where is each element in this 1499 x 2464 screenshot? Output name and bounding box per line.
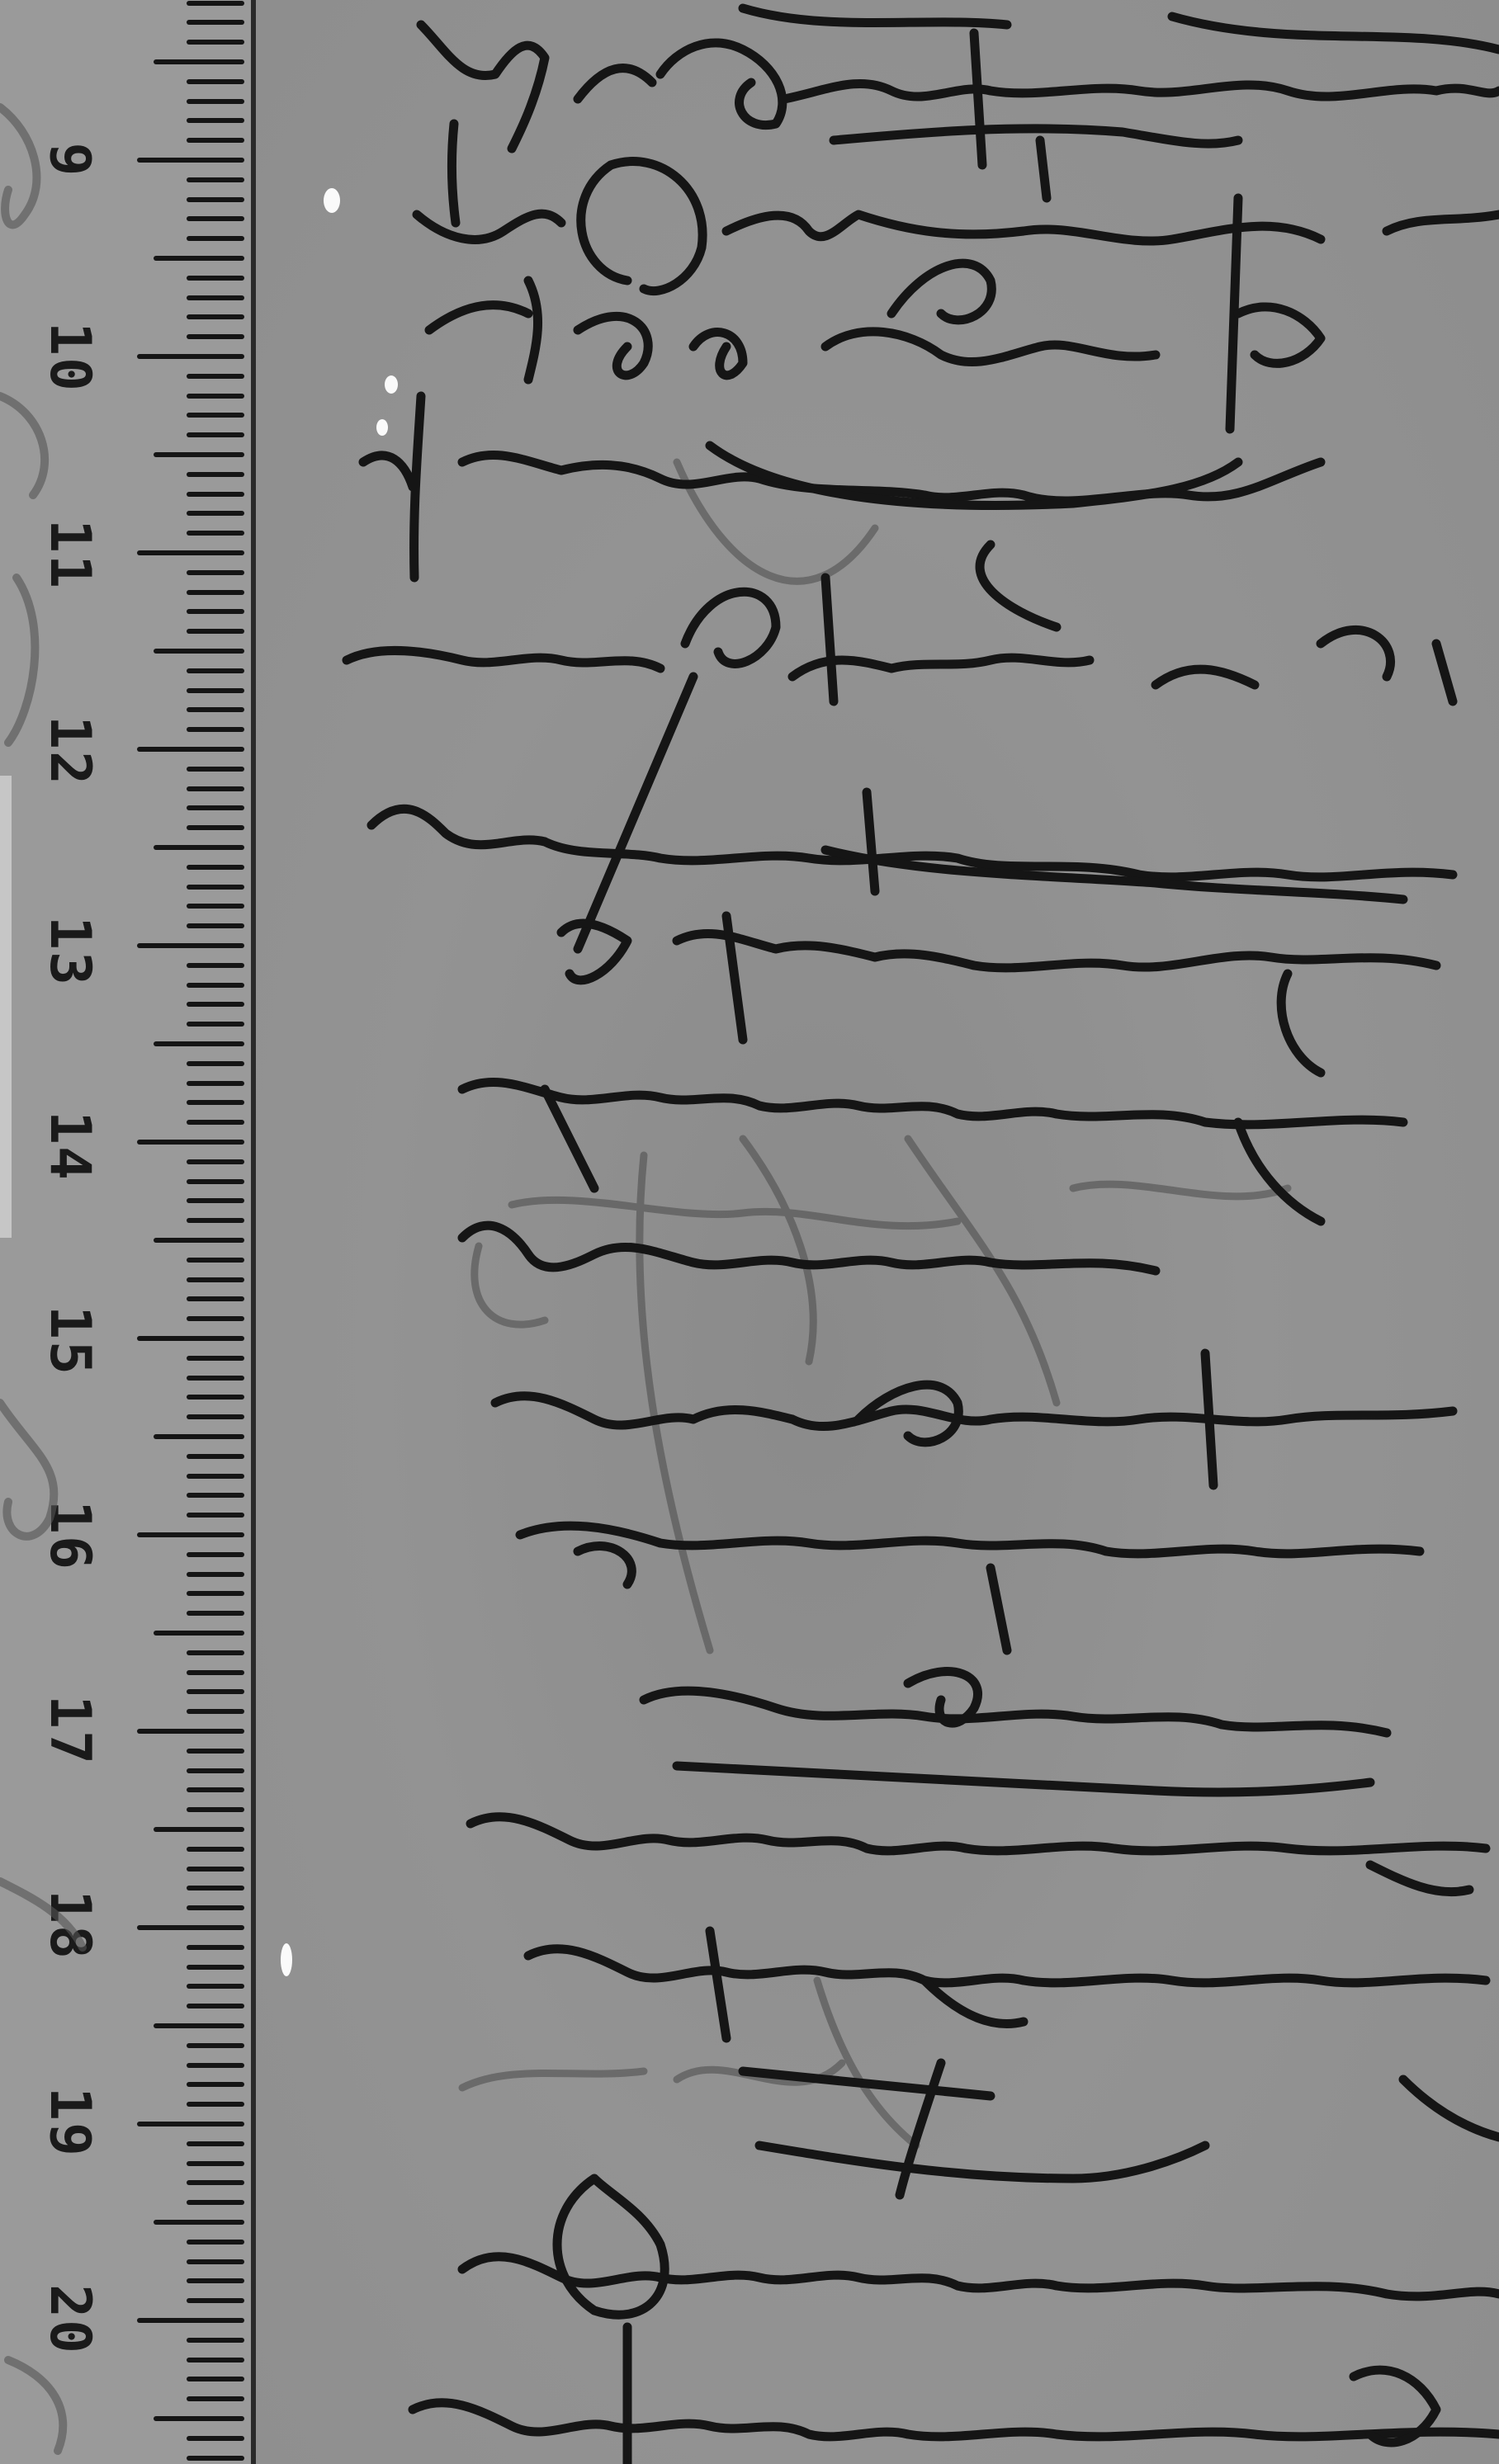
paper-hole — [281, 1943, 292, 1976]
faded-strokes-group — [462, 462, 1288, 2145]
manuscript-photo: 91011121314151617181920 — [0, 0, 1499, 2464]
handwriting-ink — [0, 0, 1499, 2464]
ink-strokes-group — [347, 8, 1499, 2464]
paper-hole — [324, 188, 340, 213]
paper-hole — [376, 419, 388, 436]
ruler-bleed-strokes — [0, 107, 83, 2451]
paper-hole — [385, 375, 398, 394]
